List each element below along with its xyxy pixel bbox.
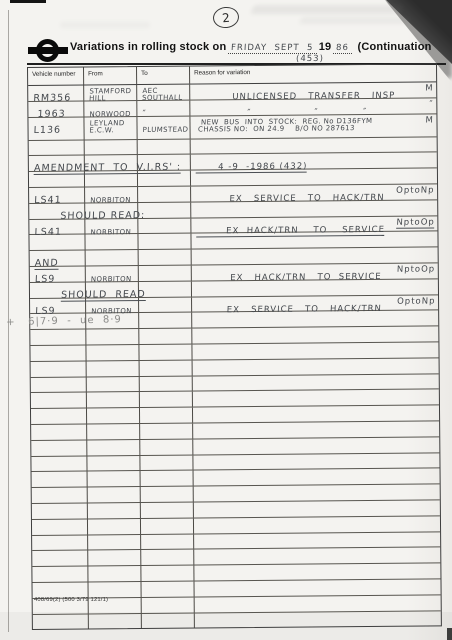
cell-from [85, 250, 138, 265]
handwritten-entry: LS41 [34, 197, 62, 206]
handwritten-date: FRIDAY SEPT 5 [231, 44, 314, 53]
page-number-badge: 2 [212, 6, 240, 30]
handwritten-entry: OptoNp [396, 186, 435, 195]
cell-to [139, 392, 192, 407]
cell-reason [191, 327, 438, 344]
cell-to [137, 234, 190, 249]
cell-reason [192, 453, 439, 470]
cell-reason [192, 374, 439, 391]
table-row [33, 611, 441, 629]
cell-vehicle [32, 535, 87, 550]
cell-to [138, 313, 191, 328]
cell-reason: NEW BUS INTO STOCK: REG. No D136FYM CHAS… [189, 114, 436, 138]
handwritten-entry: NORBITON [91, 276, 132, 283]
cell-vehicle [32, 519, 87, 534]
cell-to: AEC SOUTHALL [136, 85, 189, 100]
cell-vehicle [33, 582, 88, 597]
cell-vehicle [29, 140, 84, 155]
cell-to [138, 250, 191, 265]
cell-from [85, 345, 138, 360]
handwritten-entry: ″ [429, 100, 434, 109]
cell-vehicle [31, 377, 86, 392]
cell-to [139, 376, 192, 391]
cell-reason [192, 421, 439, 438]
handwritten-entry: STAMFORD HILL [89, 88, 132, 102]
table-row: RM356STAMFORD HILLAEC SOUTHALL UNLICENSE… [28, 82, 436, 101]
cell-reason: EX HACK/TRN TO SERVICENptoOp [191, 263, 438, 280]
table-row: LS9NORBITON EX HACK/TRN TO SERVICENptoOp [30, 263, 438, 282]
cell-vehicle [32, 567, 87, 582]
handwritten-entry: NptoOp [396, 218, 435, 228]
cell-from: NORBITON [84, 187, 137, 202]
cell-vehicle [31, 361, 86, 376]
cell-from [86, 440, 139, 455]
cell-vehicle: AND [30, 251, 85, 266]
cell-vehicle: RM356 [28, 86, 83, 101]
london-transport-roundel-icon [28, 39, 68, 62]
scan-artifact-corner [447, 628, 452, 640]
cell-reason [192, 358, 439, 375]
cell-to [140, 550, 193, 565]
handwritten-entry: ″ [142, 110, 147, 119]
cell-vehicle [31, 440, 86, 455]
handwritten-entry: NORBITON [90, 197, 131, 204]
cell-from [85, 329, 138, 344]
cell-to [138, 297, 191, 312]
cell-to [139, 360, 192, 375]
cell-from [84, 140, 137, 155]
cell-reason [192, 406, 439, 423]
cell-from: LEYLAND E.C.W. [83, 117, 136, 139]
handwritten-entry: 4 -9 -1986 (432) [196, 163, 308, 173]
cell-from [86, 361, 139, 376]
cell-reason [193, 564, 440, 581]
cell-reason [194, 611, 441, 628]
cell-from [86, 392, 139, 407]
header-reason: Reason for variation [189, 64, 436, 83]
table-body: RM356STAMFORD HILLAEC SOUTHALL UNLICENSE… [28, 82, 441, 629]
variations-table: Vehicle number From To Reason for variat… [27, 63, 442, 630]
cell-from [87, 471, 140, 486]
cell-from [86, 456, 139, 471]
cell-reason [193, 500, 440, 517]
cell-from [87, 487, 140, 502]
handwritten-entry: EX SERVICE TO HACK/TRN [197, 304, 382, 314]
scanned-form-page: 2 Variations in rolling stock onFRIDAY S… [0, 0, 452, 640]
cell-vehicle [30, 330, 85, 345]
cell-reason: UNLICENSED TRANSFER INSPM [189, 82, 436, 99]
cell-reason: 4 -9 -1986 (432) [190, 153, 437, 170]
cell-reason: EX SERVICE TO HACK/TRNOptoNp [191, 295, 438, 312]
scan-artifact-bar [10, 0, 46, 3]
form-code-footer: 408/69(2) (500 3/79 121/1) [34, 597, 108, 603]
cell-reason [193, 485, 440, 502]
bleed-through-smudge [299, 17, 411, 24]
cell-to [139, 439, 192, 454]
year-printed: 19 [319, 41, 332, 53]
cell-vehicle: L136 [28, 117, 83, 139]
cell-to [138, 329, 191, 344]
cell-to [140, 487, 193, 502]
cell-vehicle [31, 456, 86, 471]
bleed-through-smudge [250, 5, 403, 14]
cell-vehicle [31, 393, 86, 408]
handwritten-entry: LS41 [34, 228, 62, 237]
cell-to [140, 518, 193, 533]
handwritten-entry: LS9 [35, 276, 56, 285]
cell-to: ″ [136, 100, 189, 115]
cell-from [86, 424, 139, 439]
cell-reason: EX HACK/TRN TO SERVICENptoOp [190, 216, 437, 233]
form-title: Variations in rolling stock onFRIDAY SEP… [70, 41, 432, 54]
handwritten-entry: RM356 [33, 95, 71, 104]
cell-to [139, 455, 192, 470]
cell-to [139, 424, 192, 439]
handwritten-entry: NptoOp [396, 265, 435, 274]
cell-to [140, 534, 193, 549]
title-prefix: Variations in rolling stock on [70, 41, 226, 53]
handwritten-entry: AND [35, 260, 59, 270]
cell-from [87, 535, 140, 550]
cell-from [86, 377, 139, 392]
handwritten-entry: PLUMSTEAD [142, 126, 188, 133]
page-number: 2 [221, 10, 230, 25]
handwritten-entry: M [425, 116, 434, 125]
header-vehicle-number: Vehicle number [28, 68, 83, 85]
handwritten-entry: SHOULD READ [61, 291, 146, 301]
cell-to: PLUMSTEAD [136, 116, 189, 138]
cell-from [86, 408, 139, 423]
handwritten-entry: M [425, 84, 434, 93]
cell-to [137, 187, 190, 202]
cell-from [84, 234, 137, 249]
handwritten-year: 86 [336, 44, 349, 53]
cell-vehicle [31, 409, 86, 424]
handwritten-entry: OptoNp [397, 297, 436, 306]
cell-to [140, 566, 193, 581]
cell-vehicle [32, 503, 87, 518]
handwritten-continuation-ref: (453) [296, 55, 324, 64]
cell-from [87, 550, 140, 565]
handwritten-entry: 1963 [33, 110, 66, 119]
cell-to [137, 139, 190, 154]
cell-to [140, 581, 193, 596]
cell-reason [191, 342, 438, 359]
title-suffix: (Continuation [357, 41, 431, 53]
cell-to [140, 502, 193, 517]
cell-vehicle: LS41 [29, 187, 84, 202]
handwritten-entry: EX HACK/TRN TO SERVICE [197, 273, 382, 283]
cell-vehicle: AMENDMENT TO V.I.RS' : [29, 156, 84, 171]
cell-vehicle [32, 472, 87, 487]
cell-reason [192, 437, 439, 454]
cell-from [87, 582, 140, 597]
handwritten-entry: EX HACK/TRN TO SERVICE [196, 225, 385, 236]
cell-to [139, 408, 192, 423]
bleed-through-smudge [60, 22, 150, 28]
cell-reason [194, 595, 441, 612]
header-to: To [136, 67, 189, 84]
handwritten-entry: NEW BUS INTO STOCK: REG. No D136FYM CHAS… [195, 118, 372, 134]
cell-from: NORBITON [85, 266, 138, 281]
header-from: From [83, 67, 136, 84]
cell-reason [193, 516, 440, 533]
table-row: LS41NORBITON EX SERVICE TO HACK/TRNOptoN… [29, 184, 437, 203]
handwritten-entry: NORWOOD [89, 111, 131, 118]
handwritten-entry: NORBITON [90, 229, 131, 236]
cell-reason [193, 532, 440, 549]
cell-reason [193, 469, 440, 486]
cell-from: STAMFORD HILL [83, 85, 136, 100]
cell-from [87, 519, 140, 534]
cell-reason: EX SERVICE TO HACK/TRNOptoNp [190, 184, 437, 201]
cell-reason [190, 137, 437, 154]
cell-from [88, 614, 141, 629]
handwritten-entry: SHOULD READ: [60, 212, 145, 221]
cell-vehicle [30, 345, 85, 360]
cell-to [141, 597, 194, 612]
cell-reason [192, 390, 439, 407]
handwritten-entry: EX SERVICE TO HACK/TRN [196, 194, 385, 204]
handwritten-entry: AEC SOUTHALL [142, 88, 183, 102]
handwritten-entry: LS9 [35, 307, 56, 316]
cell-to [138, 345, 191, 360]
handwritten-entry: AMENDMENT TO V.I.RS' : [34, 164, 182, 175]
cell-vehicle [32, 551, 87, 566]
cell-from [87, 503, 140, 518]
handwritten-entry: L136 [33, 126, 61, 135]
cell-from: NORWOOD [83, 101, 136, 116]
cell-vehicle [32, 488, 87, 503]
cell-to [141, 613, 194, 628]
cell-to [137, 218, 190, 233]
roundel-bar [28, 47, 68, 54]
cell-to [138, 266, 191, 281]
cell-reason [193, 579, 440, 596]
cell-from [87, 566, 140, 581]
cell-reason [193, 548, 440, 565]
cell-to [140, 471, 193, 486]
cell-reason [191, 248, 438, 265]
cell-vehicle [33, 614, 88, 629]
handwritten-entry: LEYLAND E.C.W. [89, 120, 124, 134]
handwritten-entry: UNLICENSED TRANSFER INSP [195, 92, 395, 102]
cell-vehicle [31, 424, 86, 439]
